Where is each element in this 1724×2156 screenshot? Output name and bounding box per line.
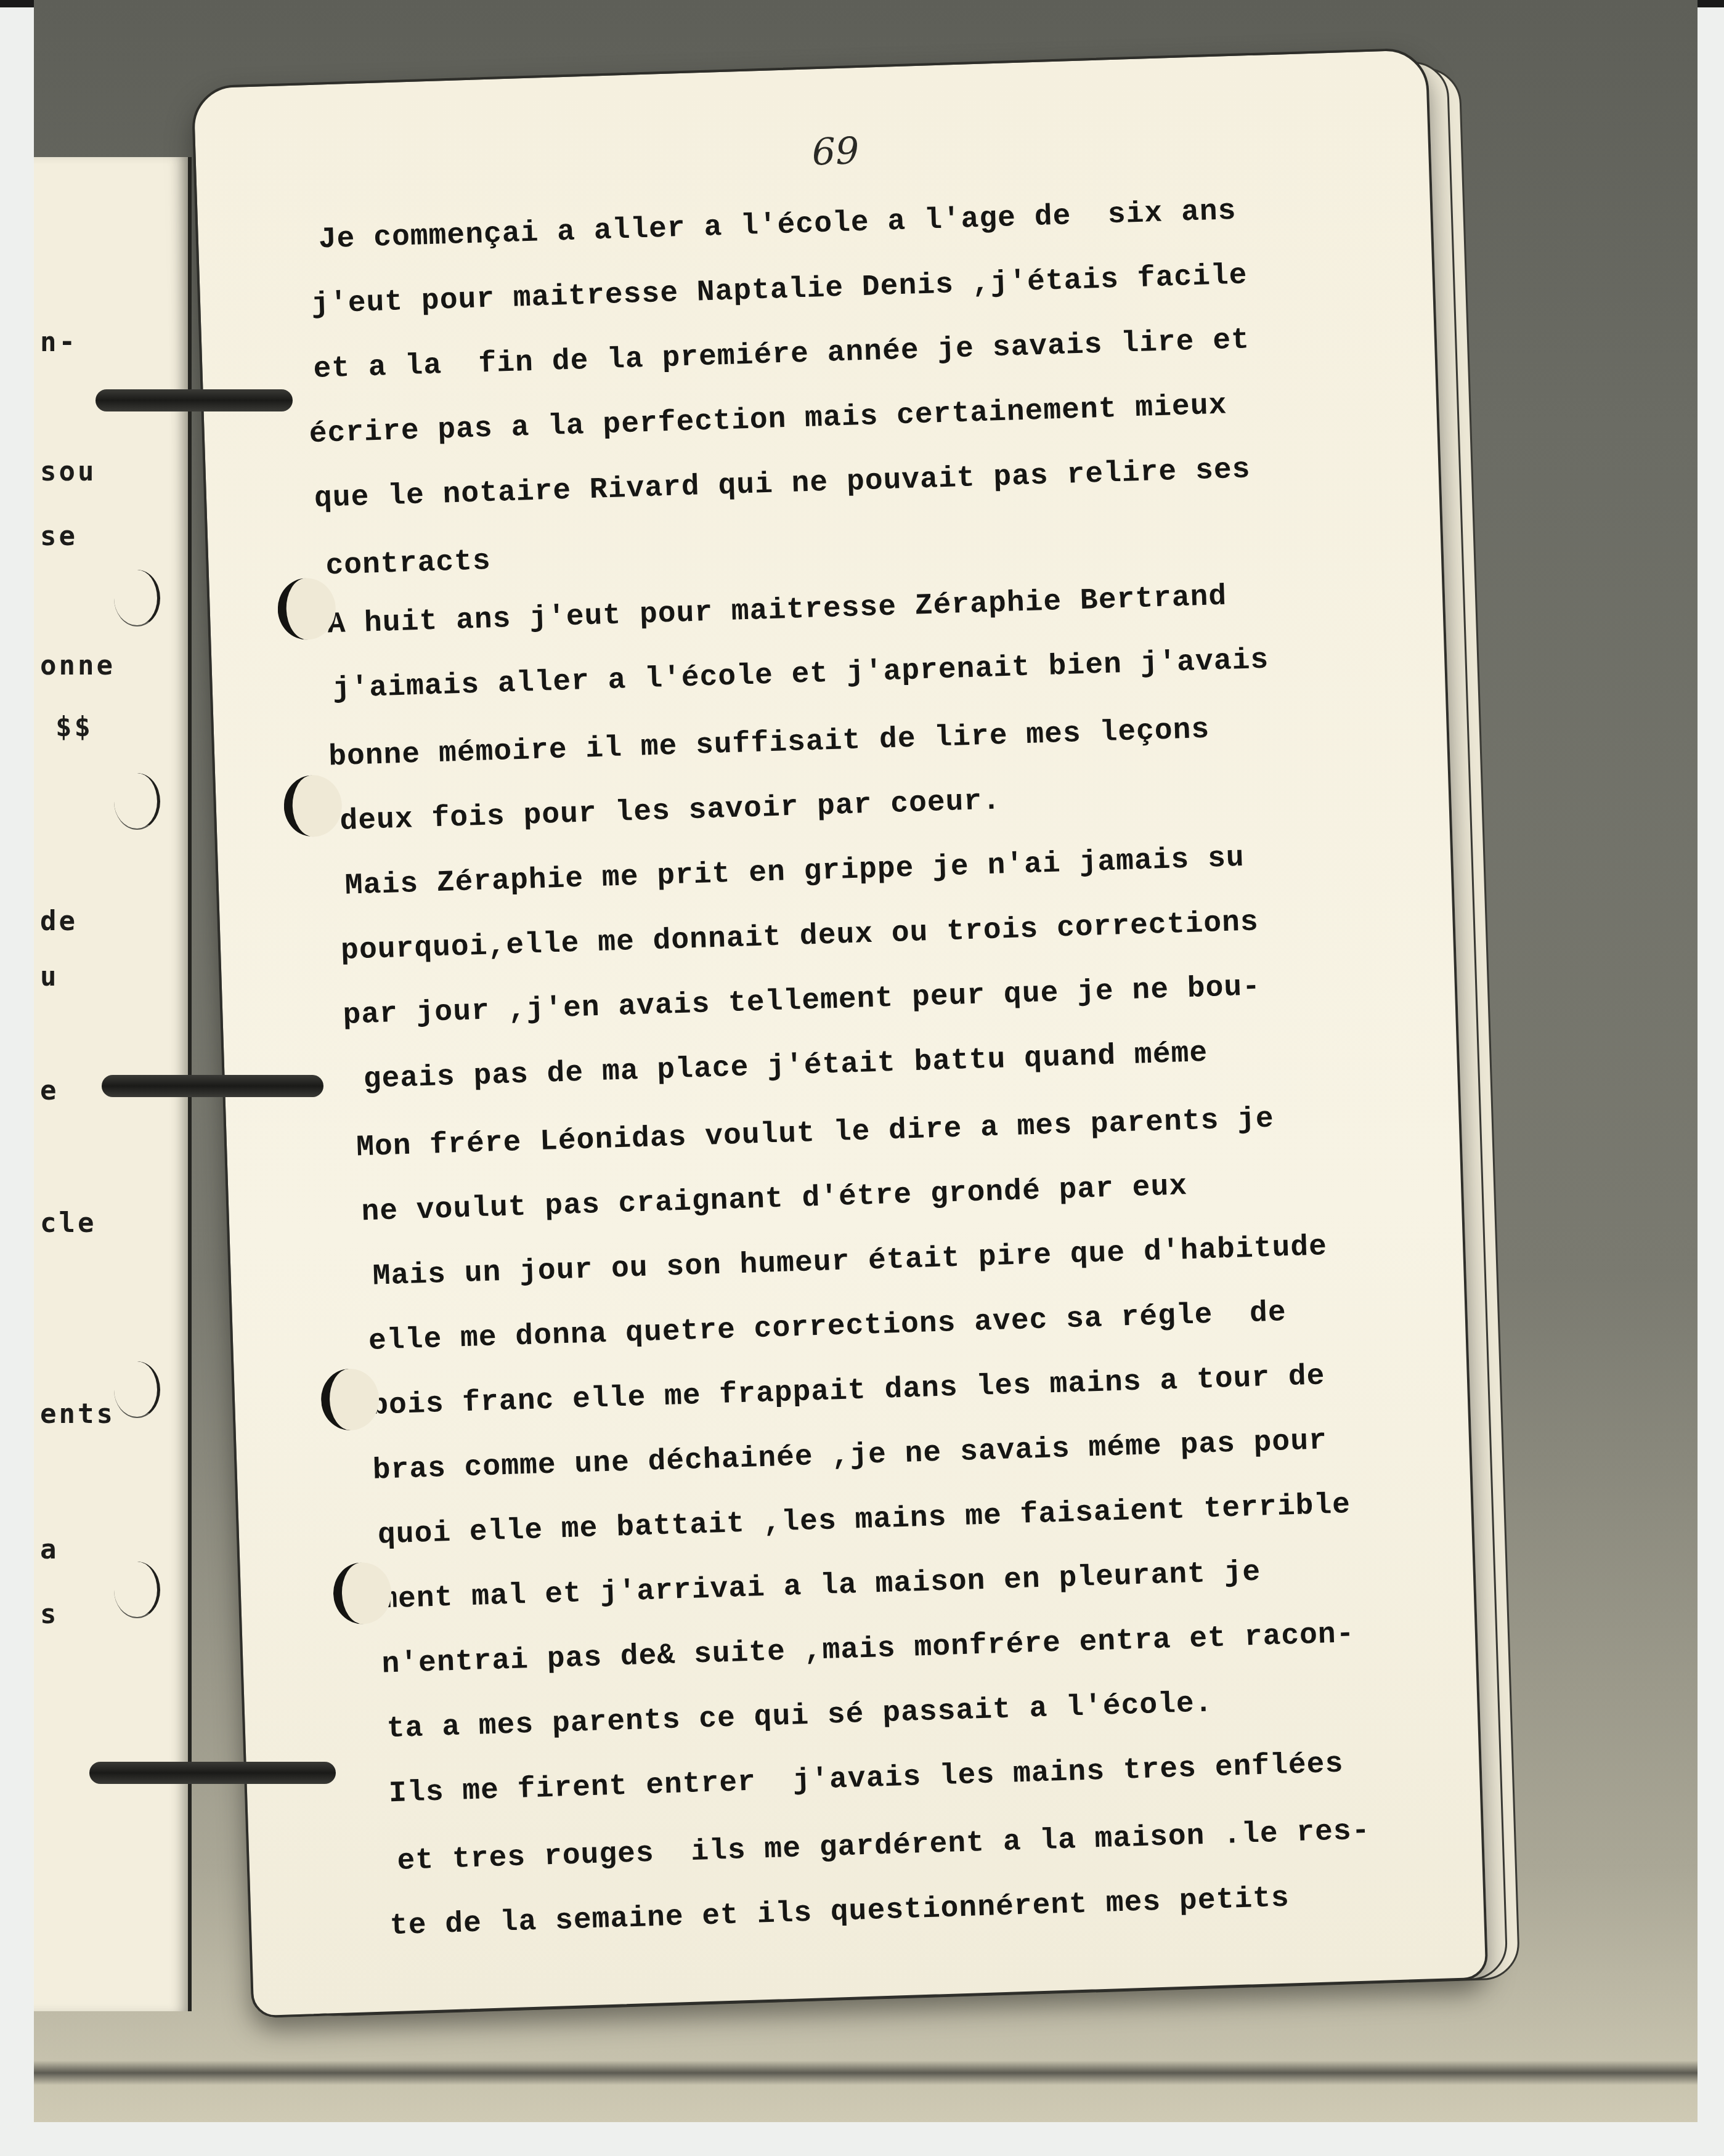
text-line: Mon frére Léonidas voulut le dire a mes … bbox=[356, 1103, 1274, 1165]
page-number: 69 bbox=[811, 129, 860, 174]
right-page: 69 Je commençai a aller a l'école a l'ag… bbox=[191, 47, 1489, 2019]
left-fragment: e bbox=[40, 1075, 59, 1106]
text-line: ne voulut pas craignant d'étre grondé pa… bbox=[361, 1170, 1188, 1229]
table-ledge-shadow bbox=[34, 2061, 1698, 2085]
text-line: elle me donna quetre corrections avec sa… bbox=[368, 1296, 1287, 1358]
text-line: Ils me firent entrer j'avais les mains t… bbox=[388, 1748, 1344, 1811]
text-line: que le notaire Rivard qui ne pouvait pas… bbox=[314, 453, 1251, 516]
text-line: Mais un jour ou son humeur était pire qu… bbox=[372, 1230, 1328, 1294]
text-line: bois franc elle me frappait dans les mai… bbox=[370, 1360, 1326, 1423]
binder-ring bbox=[89, 1762, 336, 1784]
text-line: geais pas de ma place j'était battu quan… bbox=[363, 1037, 1208, 1096]
text-line: A huit ans j'eut pour maitresse Zéraphie… bbox=[327, 580, 1227, 642]
left-fragment: onne bbox=[40, 650, 115, 681]
text-line: pourquoi,elle me donnait deux ou trois c… bbox=[340, 906, 1259, 968]
left-fragment: n- bbox=[40, 326, 78, 358]
punch-hole bbox=[114, 570, 160, 626]
text-line: bonne mémoire il me suffisait de lire me… bbox=[328, 713, 1210, 774]
binder-ring bbox=[96, 389, 293, 411]
text-line: j'aimais aller a l'école et j'aprenait b… bbox=[332, 644, 1269, 707]
punch-hole bbox=[114, 1562, 160, 1618]
left-fragment: ents bbox=[40, 1398, 115, 1430]
left-fragment: se bbox=[40, 521, 78, 552]
text-line: j'eut pour maitresse Naptalie Denis ,j'é… bbox=[311, 259, 1248, 322]
text-line: Je commençai a aller a l'école a l'age d… bbox=[318, 195, 1237, 257]
punch-hole bbox=[114, 1361, 160, 1418]
left-fragment: u bbox=[40, 961, 59, 992]
left-fragment: de bbox=[40, 906, 78, 937]
left-fragment: cle bbox=[40, 1207, 96, 1239]
text-line: ta a mes parents ce qui sé passait a l'é… bbox=[386, 1687, 1213, 1746]
left-fragment: a bbox=[40, 1534, 59, 1565]
punch-hole bbox=[283, 774, 343, 838]
document-photo: n- sou se onne $$ de u e cle ents a s 69… bbox=[34, 0, 1698, 2122]
punch-hole bbox=[114, 773, 160, 830]
text-line: et tres rouges ils me gardérent a la mai… bbox=[397, 1814, 1371, 1878]
text-line: Mais Zéraphie me prit en grippe je n'ai … bbox=[344, 841, 1245, 903]
left-fragment: sou bbox=[40, 456, 96, 487]
text-line: et a la fin de la premiére année je sava… bbox=[313, 323, 1250, 386]
text-line: par jour ,j'en avais tellement peur que … bbox=[343, 970, 1261, 1032]
text-line: quoi elle me battait ,les mains me faisa… bbox=[377, 1488, 1351, 1552]
left-fragment: $$ bbox=[55, 711, 93, 743]
text-line: bras comme une déchainée ,je ne savais m… bbox=[372, 1424, 1328, 1488]
text-line: ment mal et j'arrivai a la maison en ple… bbox=[379, 1556, 1261, 1617]
text-line: deux fois pour les savoir par coeur. bbox=[340, 784, 1001, 838]
text-line: n'entrai pas de& suite ,mais monfrére en… bbox=[381, 1618, 1356, 1682]
text-line: écrire pas a la perfection mais certaine… bbox=[309, 389, 1227, 451]
binder-ring bbox=[102, 1075, 323, 1097]
left-fragment: s bbox=[40, 1599, 59, 1630]
text-line: te de la semaine et ils questionnérent m… bbox=[389, 1881, 1290, 1943]
text-line: contracts bbox=[325, 545, 492, 583]
